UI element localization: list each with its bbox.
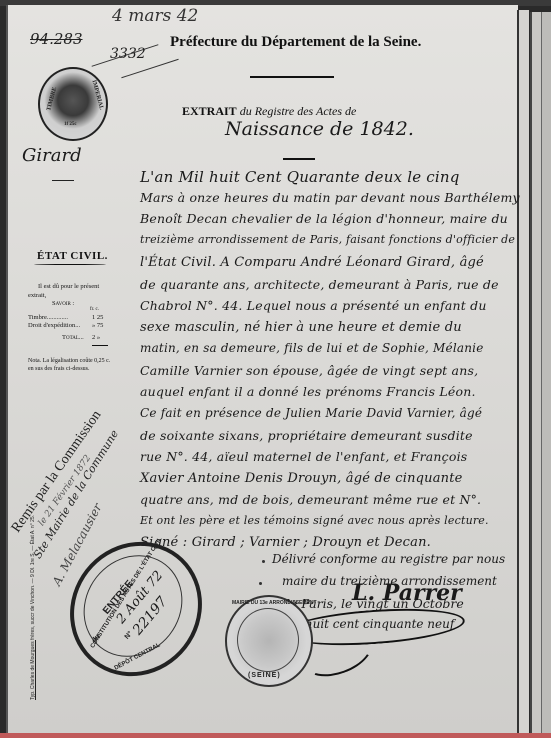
body-line: quatre ans, md de bois, demeurant même r… — [140, 492, 481, 507]
margin-name: Girard — [22, 145, 82, 166]
body-line: Signé : Girard ; Varnier ; Drouyn et Dec… — [140, 535, 431, 550]
mayor-signature: L. Parrer — [352, 580, 462, 606]
bullet-dot — [259, 582, 262, 585]
etat-intro-2: extrait, — [28, 292, 46, 299]
total-rule — [92, 345, 108, 346]
fee-total-amount: 2 » — [92, 334, 100, 341]
eagle-emblem-icon — [237, 608, 299, 672]
certification-line: Délivré conforme au registre par nous — [272, 552, 505, 566]
nota-legalisation: Nota. La légalisation coûte 0,25 c. en s… — [28, 357, 112, 373]
body-line: de soixante sixans, propriétaire demeura… — [140, 428, 473, 443]
body-line: de quarante ans, architecte, demeurant à… — [140, 277, 499, 292]
reference-id: 3332 — [110, 46, 146, 62]
extrait-heading: EXTRAIT du Registre des Actes de — [182, 104, 356, 119]
crossed-reference-number: 94.283 — [30, 30, 83, 48]
printer-imprint: Typ. Charles de Mourgues frères, succr d… — [30, 515, 36, 700]
body-line: Mars à onze heures du matin par devant n… — [140, 190, 520, 205]
body-line: Camille Varnier son épouse, âgée de ving… — [140, 363, 478, 378]
fee-expedition-label: Droit d'expédition... — [28, 322, 80, 329]
body-line: treizième arrondissement de Paris, faisa… — [140, 233, 515, 246]
fee-expedition-amount: » 75 — [92, 322, 103, 329]
body-line: rue N°. 44, aïeul maternel de l'enfant, … — [140, 449, 467, 464]
etat-civil-title: ÉTAT CIVIL. — [37, 250, 108, 262]
fee-timbre-label: Timbre............. — [28, 314, 68, 321]
scan-bottom-edge — [0, 733, 551, 738]
tax-stamp-value: 1f 25c — [64, 122, 77, 127]
currency-header: fr. c. — [90, 307, 99, 312]
extrait-italic: du Registre des Actes de — [237, 104, 357, 118]
adjacent-page-edge — [517, 10, 529, 733]
body-line: sexe masculin, né hier à une heure et de… — [140, 320, 462, 335]
body-line: L'an Mil huit Cent Quarante deux le cinq — [140, 168, 460, 186]
body-line: l'État Civil. A Comparu André Léonard Gi… — [140, 255, 484, 270]
title-divider — [250, 76, 334, 78]
etat-civil-rule — [34, 264, 106, 265]
register-type: Naissance de 1842. — [225, 118, 414, 140]
extrait-bold: EXTRAIT — [182, 104, 237, 118]
fee-total-label: Total... — [62, 334, 84, 341]
mairie-seal-ring-text: MAIRIE DU 13e ARRONDISSEMENT — [232, 600, 317, 606]
body-line: Xavier Antoine Denis Drouyn, âgé de cinq… — [140, 471, 463, 486]
prefecture-title: Préfecture du Département de la Seine. — [170, 34, 421, 51]
annotation-date: 4 mars 42 — [112, 6, 198, 26]
mairie-seal-bottom-text: (SEINE) — [248, 672, 281, 679]
binding-edge-outer — [541, 12, 551, 733]
body-line: Benoît Decan chevalier de la légion d'ho… — [140, 211, 508, 226]
body-line: Et ont les père et les témoins signé ave… — [140, 514, 489, 527]
body-line: matin, en sa demeure, fils de lui et de … — [140, 341, 484, 355]
bullet-dot — [262, 560, 265, 563]
etat-intro-1: Il est dû pour le présent — [38, 283, 99, 290]
fee-timbre-amount: 1 25 — [92, 314, 103, 321]
body-line: Ce fait en présence de Julien Marie Davi… — [140, 406, 482, 420]
margin-name-underline — [52, 180, 74, 181]
body-line: Chabrol N°. 44. Lequel nous a présenté u… — [140, 298, 487, 313]
etat-savoir: Savoir : — [52, 300, 74, 307]
body-line: auquel enfant il a donné les prénoms Fra… — [140, 384, 476, 399]
ornament-divider — [283, 158, 315, 160]
